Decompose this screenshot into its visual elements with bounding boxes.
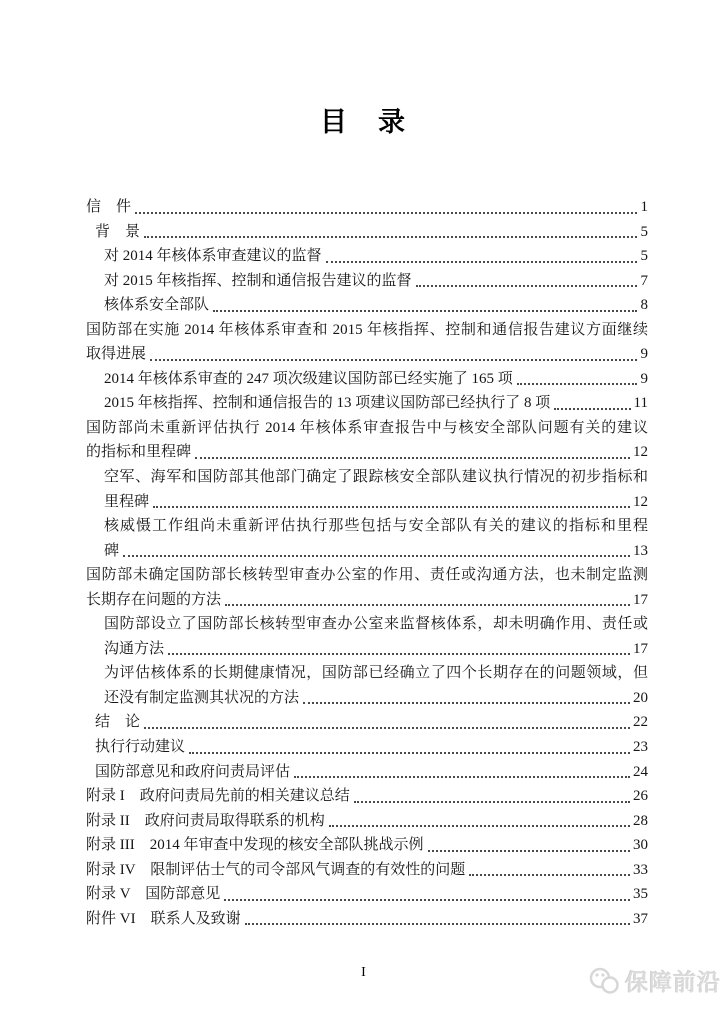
toc-entry: 国防部未确定国防部长核转型审查办公室的作用、责任或沟通方法，也未制定监测: [86, 563, 648, 588]
watermark-logo-icon: [588, 966, 622, 996]
toc-entry-text: 还没有制定监测其状况的方法: [104, 686, 299, 711]
toc-entry: 核威慑工作组尚未重新评估执行那些包括与安全部队有关的建议的指标和里程: [86, 514, 648, 539]
toc-page-number: 22: [633, 710, 648, 735]
toc-entry: 附录 I 政府问责局先前的相关建议总结 26: [86, 784, 648, 809]
toc-entry: 附件 VI 联系人及致谢 37: [86, 907, 648, 932]
toc-page-number: 11: [634, 391, 648, 416]
dot-leader: [554, 408, 630, 410]
toc-entry-text: 2014 年核体系审查的 247 项次级建议国防部已经实施了 165 项: [104, 367, 513, 392]
toc-entry: 国防部设立了国防部长核转型审查办公室来监督核体系，却未明确作用、责任或: [86, 612, 648, 637]
dot-leader: [245, 923, 630, 925]
toc-entry: 国防部在实施 2014 年核体系审查和 2015 年核指挥、控制和通信报告建议方…: [86, 318, 648, 343]
toc-entry: 附录 IV 限制评估士气的司令部风气调查的有效性的问题 33: [86, 858, 648, 883]
dot-leader: [428, 850, 631, 852]
dot-leader: [168, 653, 630, 655]
dot-leader: [144, 727, 630, 729]
dot-leader: [123, 555, 630, 557]
toc-entry: 执行行动建议 23: [86, 735, 648, 760]
toc-entry: 碑 13: [86, 539, 648, 564]
dot-leader: [225, 604, 630, 606]
toc-entry: 结 论 22: [86, 710, 648, 735]
toc-entry: 空军、海军和国防部其他部门确定了跟踪核安全部队建议执行情况的初步指标和: [86, 465, 648, 490]
toc-entry: 信 件 1: [86, 195, 648, 220]
dot-leader: [326, 261, 637, 263]
toc-entry-text: 国防部意见和政府问责局评估: [95, 760, 290, 785]
toc-entry-text: 信 件: [86, 195, 131, 220]
toc-entry: 核体系安全部队 8: [86, 293, 648, 318]
toc-entry-text: 里程碑: [104, 490, 149, 515]
toc-entry: 沟通方法 17: [86, 637, 648, 662]
toc-entry-text: 背 景: [95, 220, 140, 245]
toc-entry: 里程碑 12: [86, 490, 648, 515]
toc-entry-text: 附录 V 国防部意见: [86, 882, 220, 907]
toc-page-number: 12: [633, 440, 648, 465]
toc-entry-text: 长期存在问题的方法: [86, 588, 221, 613]
toc-page-number: 8: [640, 293, 648, 318]
watermark-text: 保障前沿: [625, 964, 721, 997]
dot-leader: [329, 825, 630, 827]
toc-entry-text: 核体系安全部队: [104, 293, 209, 318]
toc-page-number: 23: [633, 735, 648, 760]
toc-entry: 对 2015 年核指挥、控制和通信报告建议的监督 7: [86, 269, 648, 294]
toc-entry-text: 附录 IV 限制评估士气的司令部风气调查的有效性的问题: [86, 858, 465, 883]
toc-entry-text: 对 2014 年核体系审查建议的监督: [104, 244, 322, 269]
dot-leader: [195, 457, 630, 459]
watermark: 保障前沿: [588, 964, 721, 997]
toc-entry: 附录 III 2014 年审查中发现的核安全部队挑战示例 30: [86, 833, 648, 858]
toc-entry-text: 附录 I 政府问责局先前的相关建议总结: [86, 784, 350, 809]
toc-page-number: 17: [633, 588, 648, 613]
dot-leader: [189, 752, 630, 754]
dot-leader: [144, 236, 637, 238]
dot-leader: [469, 874, 630, 876]
toc-entry-text: 国防部在实施 2014 年核体系审查和 2015 年核指挥、控制和通信报告建议方…: [86, 322, 648, 338]
toc-page-number: 1: [640, 195, 648, 220]
toc-page-number: 35: [633, 882, 648, 907]
toc-entry: 还没有制定监测其状况的方法 20: [86, 686, 648, 711]
toc-page-number: 9: [640, 342, 648, 367]
dot-leader: [224, 899, 630, 901]
toc-entry-text: 国防部设立了国防部长核转型审查办公室来监督核体系，却未明确作用、责任或: [104, 616, 648, 632]
toc-page-number: 28: [633, 809, 648, 834]
toc-page-number: 17: [633, 637, 648, 662]
dot-leader: [303, 702, 630, 704]
dot-leader: [294, 776, 630, 778]
toc-entry-text: 附件 VI 联系人及致谢: [86, 907, 241, 932]
toc-entry-text: 空军、海军和国防部其他部门确定了跟踪核安全部队建议执行情况的初步指标和: [104, 469, 648, 485]
toc-entry-text: 国防部尚未重新评估执行 2014 年核体系审查报告中与核安全部队问题有关的建议: [86, 420, 648, 436]
toc-entry-text: 的指标和里程碑: [86, 440, 191, 465]
table-of-contents: 信 件 1 背 景 5 对 2014 年核体系审查建议的监督 5 对 2015 …: [86, 195, 648, 931]
toc-entry-text: 为评估核体系的长期健康情况，国防部已经确立了四个长期存在的问题领域，但: [104, 665, 648, 681]
toc-entry: 为评估核体系的长期健康情况，国防部已经确立了四个长期存在的问题领域，但: [86, 661, 648, 686]
toc-entry: 取得进展 9: [86, 342, 648, 367]
toc-entry-text: 核威慑工作组尚未重新评估执行那些包括与安全部队有关的建议的指标和里程: [104, 518, 648, 534]
document-page: 目 录 信 件 1 背 景 5 对 2014 年核体系审查建议的监督 5 对 2…: [0, 0, 727, 1015]
toc-entry: 背 景 5: [86, 220, 648, 245]
dot-leader: [354, 801, 630, 803]
toc-page-number: 30: [633, 833, 648, 858]
toc-entry-text: 结 论: [95, 710, 140, 735]
toc-page-number: 26: [633, 784, 648, 809]
toc-page-number: 24: [633, 760, 648, 785]
toc-entry: 长期存在问题的方法 17: [86, 588, 648, 613]
toc-entry: 对 2014 年核体系审查建议的监督 5: [86, 244, 648, 269]
toc-page-number: 13: [633, 539, 648, 564]
toc-page-number: 9: [640, 367, 648, 392]
toc-entry-text: 国防部未确定国防部长核转型审查办公室的作用、责任或沟通方法，也未制定监测: [86, 567, 648, 583]
dot-leader: [153, 506, 630, 508]
toc-entry-text: 对 2015 年核指挥、控制和通信报告建议的监督: [104, 269, 412, 294]
toc-entry: 国防部尚未重新评估执行 2014 年核体系审查报告中与核安全部队问题有关的建议: [86, 416, 648, 441]
toc-page-number: 5: [640, 244, 648, 269]
toc-entry: 2014 年核体系审查的 247 项次级建议国防部已经实施了 165 项 9: [86, 367, 648, 392]
toc-entry: 附录 II 政府问责局取得联系的机构 28: [86, 809, 648, 834]
toc-entry-text: 执行行动建议: [95, 735, 185, 760]
toc-entry-text: 2015 年核指挥、控制和通信报告的 13 项建议国防部已经执行了 8 项: [104, 391, 550, 416]
dot-leader: [213, 310, 637, 312]
dot-leader: [416, 285, 637, 287]
dot-leader: [150, 359, 637, 361]
toc-entry-text: 附录 III 2014 年审查中发现的核安全部队挑战示例: [86, 833, 424, 858]
toc-entry: 国防部意见和政府问责局评估 24: [86, 760, 648, 785]
page-title: 目 录: [0, 100, 727, 139]
toc-entry-text: 取得进展: [86, 342, 146, 367]
toc-entry: 附录 V 国防部意见 35: [86, 882, 648, 907]
toc-page-number: 33: [633, 858, 648, 883]
toc-entry-text: 碑: [104, 539, 119, 564]
toc-page-number: 7: [640, 269, 648, 294]
toc-page-number: 37: [633, 907, 648, 932]
toc-entry: 的指标和里程碑 12: [86, 440, 648, 465]
toc-entry-text: 附录 II 政府问责局取得联系的机构: [86, 809, 325, 834]
toc-entry-text: 沟通方法: [104, 637, 164, 662]
dot-leader: [517, 383, 637, 385]
toc-page-number: 20: [633, 686, 648, 711]
toc-entry: 2015 年核指挥、控制和通信报告的 13 项建议国防部已经执行了 8 项 11: [86, 391, 648, 416]
toc-page-number: 5: [640, 220, 648, 245]
dot-leader: [135, 212, 637, 214]
toc-page-number: 12: [633, 490, 648, 515]
